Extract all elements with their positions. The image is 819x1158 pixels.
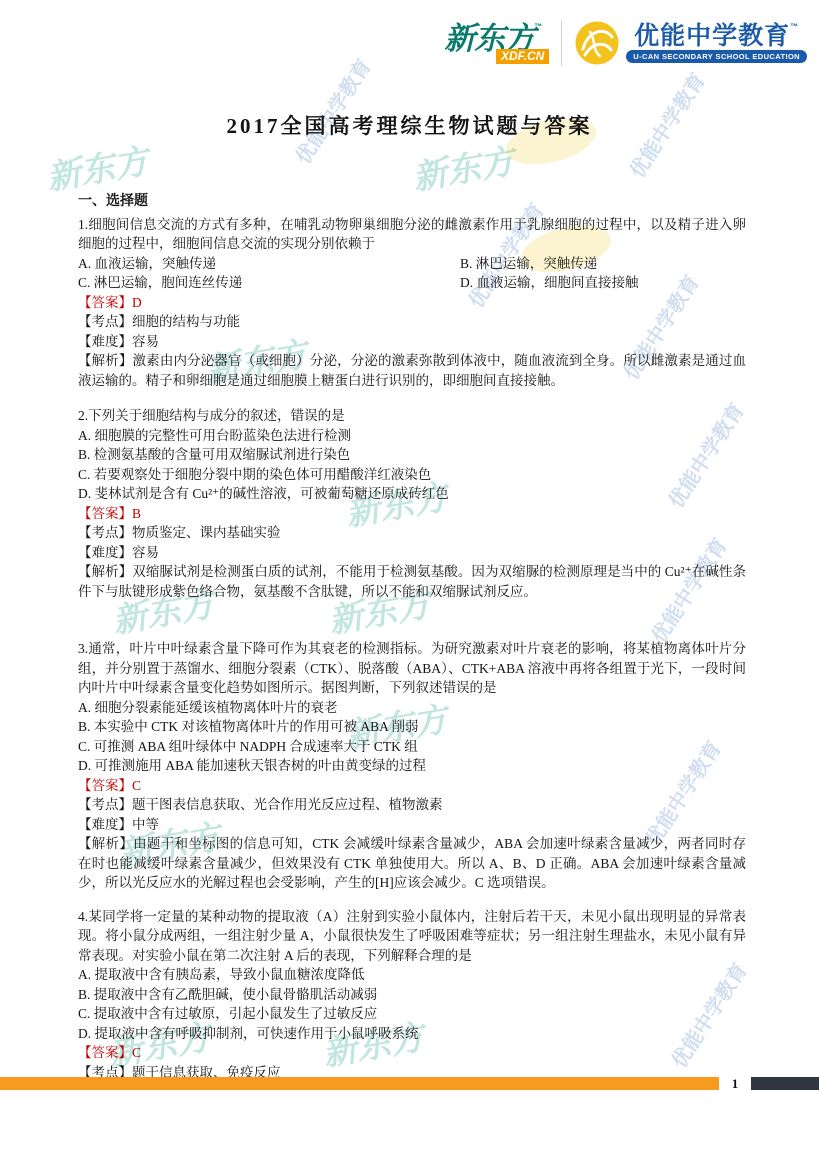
question-block-1: 1.细胞间信息交流的方式有多种，在哺乳动物卵巢细胞分泌的雌激素作用于乳腺细胞的过… (78, 215, 746, 391)
answer-label: 【答案】 (78, 506, 132, 521)
difficulty-line: 【难度】容易 (78, 332, 746, 352)
question-stem: 2.下列关于细胞结构与成分的叙述，错误的是 (78, 406, 746, 426)
answer-label: 【答案】 (78, 778, 132, 793)
answer-value: B (132, 506, 141, 521)
point-line: 【考点】题干图表信息获取、光合作用光反应过程、植物激素 (78, 795, 746, 815)
trademark-symbol: ™ (790, 22, 799, 31)
watermark-xdf: 新东方 (43, 134, 152, 200)
point-text: 物质鉴定、课内基础实验 (132, 525, 281, 540)
option-b: B. 本实验中 CTK 对该植物离体叶片的作用可被 ABA 削弱 (78, 717, 746, 737)
option-c: C. 可推测 ABA 组叶绿体中 NADPH 合成速率大于 CTK 组 (78, 737, 746, 757)
analysis-text: 由题干和坐标图的信息可知，CTK 会减缓叶绿素含量减少，ABA 会加速叶绿素含量… (78, 836, 746, 890)
page-title: 2017全国高考理综生物试题与答案 (0, 110, 819, 140)
answer-label: 【答案】 (78, 295, 132, 310)
difficulty-label: 【难度】 (78, 545, 132, 560)
ucan-logo-text: 优能中学教育™ (634, 23, 799, 49)
document-page: 优能中学教育 优能中学教育 新东方 新东方 优能中学教育 新东方 优能中学教育 … (0, 0, 819, 1158)
footer-dark-rule (751, 1077, 819, 1090)
option-c: C. 提取液中含有过敏原，引起小鼠发生了过敏反应 (78, 1004, 746, 1024)
difficulty-text: 容易 (132, 545, 159, 560)
point-text: 细胞的结构与功能 (132, 314, 240, 329)
analysis-line: 【解析】双缩脲试剂是检测蛋白质的试剂，不能用于检测氨基酸。因为双缩脲的检测原理是… (78, 562, 746, 601)
xdf-domain-badge: XDF.CN (496, 49, 549, 64)
point-line: 【考点】物质鉴定、课内基础实验 (78, 523, 746, 543)
point-label: 【考点】 (78, 525, 132, 540)
option-a: A. 细胞膜的完整性可用台盼蓝染色法进行检测 (78, 426, 746, 446)
header-divider (561, 20, 562, 66)
question-stem: 4.某同学将一定量的某种动物的提取液（A）注射到实验小鼠体内，注射后若干天，未见… (78, 907, 746, 966)
analysis-line: 【解析】激素由内分泌器官（或细胞）分泌，分泌的激素弥散到体液中，随血液流到全身。… (78, 351, 746, 390)
option-d: D. 提取液中含有呼吸抑制剂，可快速作用于小鼠呼吸系统 (78, 1024, 746, 1044)
option-b: B. 淋巴运输，突触传递 (460, 254, 746, 274)
answer-value: C (132, 1045, 141, 1060)
options: A. 提取液中含有胰岛素，导致小鼠血糖浓度降低 B. 提取液中含有乙酰胆碱，使小… (78, 965, 746, 1043)
option-d: D. 可推测施用 ABA 能加速秋天银杏树的叶由黄变绿的过程 (78, 756, 746, 776)
analysis-label: 【解析】 (78, 564, 132, 579)
ucan-logo-subtitle: U-CAN SECONDARY SCHOOL EDUCATION (626, 50, 807, 63)
trademark-symbol: ™ (534, 22, 541, 31)
difficulty-line: 【难度】容易 (78, 543, 746, 563)
point-label: 【考点】 (78, 314, 132, 329)
footer-orange-rule (0, 1077, 719, 1090)
section-heading: 一、选择题 (78, 192, 746, 212)
question-stem: 1.细胞间信息交流的方式有多种，在哺乳动物卵巢细胞分泌的雌激素作用于乳腺细胞的过… (78, 215, 746, 254)
option-a: A. 提取液中含有胰岛素，导致小鼠血糖浓度降低 (78, 965, 746, 985)
analysis-line: 【解析】由题干和坐标图的信息可知，CTK 会减缓叶绿素含量减少，ABA 会加速叶… (78, 834, 746, 893)
option-c: C. 若要观察处于细胞分裂中期的染色体可用醋酸洋红液染色 (78, 465, 746, 485)
ucan-globe-icon (574, 20, 620, 66)
option-a: A. 血液运输，突触传递 (78, 254, 460, 274)
answer-value: D (132, 295, 142, 310)
ucan-logo: 优能中学教育™ U-CAN SECONDARY SCHOOL EDUCATION (574, 20, 807, 66)
page-number: 1 (719, 1077, 751, 1090)
watermark-xdf: 新东方 (409, 134, 518, 200)
difficulty-label: 【难度】 (78, 334, 132, 349)
answer-value: C (132, 778, 141, 793)
options: A. 血液运输，突触传递 B. 淋巴运输，突触传递 C. 淋巴运输，胞间连丝传递… (78, 254, 746, 293)
options: A. 细胞分裂素能延缓该植物离体叶片的衰老 B. 本实验中 CTK 对该植物离体… (78, 698, 746, 776)
point-line: 【考点】细胞的结构与功能 (78, 312, 746, 332)
answer-label: 【答案】 (78, 1045, 132, 1060)
analysis-label: 【解析】 (78, 353, 133, 368)
question-stem: 3.通常，叶片中叶绿素含量下降可作为其衰老的检测指标。为研究激素对叶片衰老的影响… (78, 639, 746, 698)
option-d: D. 血液运输，细胞间直接接触 (460, 273, 746, 293)
xdf-logo: 新东方™ XDF.CN (444, 23, 549, 64)
answer-line: 【答案】C (78, 776, 746, 796)
analysis-label: 【解析】 (78, 836, 133, 851)
option-b: B. 提取液中含有乙酰胆碱，使小鼠骨骼肌活动减弱 (78, 985, 746, 1005)
analysis-text: 激素由内分泌器官（或细胞）分泌，分泌的激素弥散到体液中，随血液流到全身。所以雌激… (78, 353, 746, 388)
answer-line: 【答案】C (78, 1043, 746, 1063)
point-text: 题干图表信息获取、光合作用光反应过程、植物激素 (132, 797, 443, 812)
difficulty-line: 【难度】中等 (78, 815, 746, 835)
option-b: B. 检测氨基酸的含量可用双缩脲试剂进行染色 (78, 445, 746, 465)
answer-line: 【答案】B (78, 504, 746, 524)
footer-bar: 1 (0, 1077, 819, 1090)
option-c: C. 淋巴运输，胞间连丝传递 (78, 273, 460, 293)
difficulty-label: 【难度】 (78, 817, 132, 832)
difficulty-text: 中等 (132, 817, 159, 832)
document-body: 一、选择题 1.细胞间信息交流的方式有多种，在哺乳动物卵巢细胞分泌的雌激素作用于… (78, 192, 746, 1082)
header: 新东方™ XDF.CN 优能中学教育™ U-CAN SECONDARY SCHO… (444, 20, 807, 66)
question-block-3: 3.通常，叶片中叶绿素含量下降可作为其衰老的检测指标。为研究激素对叶片衰老的影响… (78, 639, 746, 893)
point-label: 【考点】 (78, 797, 132, 812)
difficulty-text: 容易 (132, 334, 159, 349)
option-a: A. 细胞分裂素能延缓该植物离体叶片的衰老 (78, 698, 746, 718)
options: A. 细胞膜的完整性可用台盼蓝染色法进行检测 B. 检测氨基酸的含量可用双缩脲试… (78, 426, 746, 504)
question-block-2: 2.下列关于细胞结构与成分的叙述，错误的是 A. 细胞膜的完整性可用台盼蓝染色法… (78, 406, 746, 601)
option-d: D. 斐林试剂是含有 Cu²⁺的碱性溶液，可被葡萄糖还原成砖红色 (78, 484, 746, 504)
question-block-4: 4.某同学将一定量的某种动物的提取液（A）注射到实验小鼠体内，注射后若干天，未见… (78, 907, 746, 1083)
analysis-text: 双缩脲试剂是检测蛋白质的试剂，不能用于检测氨基酸。因为双缩脲的检测原理是当中的 … (78, 564, 746, 599)
answer-line: 【答案】D (78, 293, 746, 313)
